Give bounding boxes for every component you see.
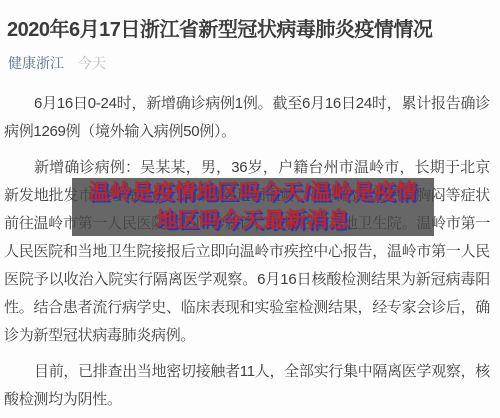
paragraph-summary: 6月16日0-24时，新增确诊病例1例。截至6月16日24时，累计报告确诊病例1… bbox=[4, 90, 490, 146]
publish-time: 今天 bbox=[78, 53, 106, 73]
article-page: 2020年6月17日浙江省新型冠状病毒肺炎疫情情况 健康浙江 今天 6月16日0… bbox=[0, 0, 500, 418]
paragraph-case-detail: 新增确诊病例：吴某某，男，36岁，户籍台州市温岭市，长期于北京新发地批发市场经商… bbox=[4, 154, 490, 350]
article-meta: 健康浙江 今天 bbox=[8, 53, 500, 73]
article-body: 6月16日0-24时，新增确诊病例1例。截至6月16日24时，累计报告确诊病例1… bbox=[0, 90, 500, 414]
article-title: 2020年6月17日浙江省新型冠状病毒肺炎疫情情况 bbox=[0, 0, 500, 42]
paragraph-contacts: 目前，已排查出当地密切接触者11人，全部实行集中隔离医学观察，核酸检测均为阴性。 bbox=[4, 358, 490, 414]
source-account-link[interactable]: 健康浙江 bbox=[8, 53, 64, 73]
